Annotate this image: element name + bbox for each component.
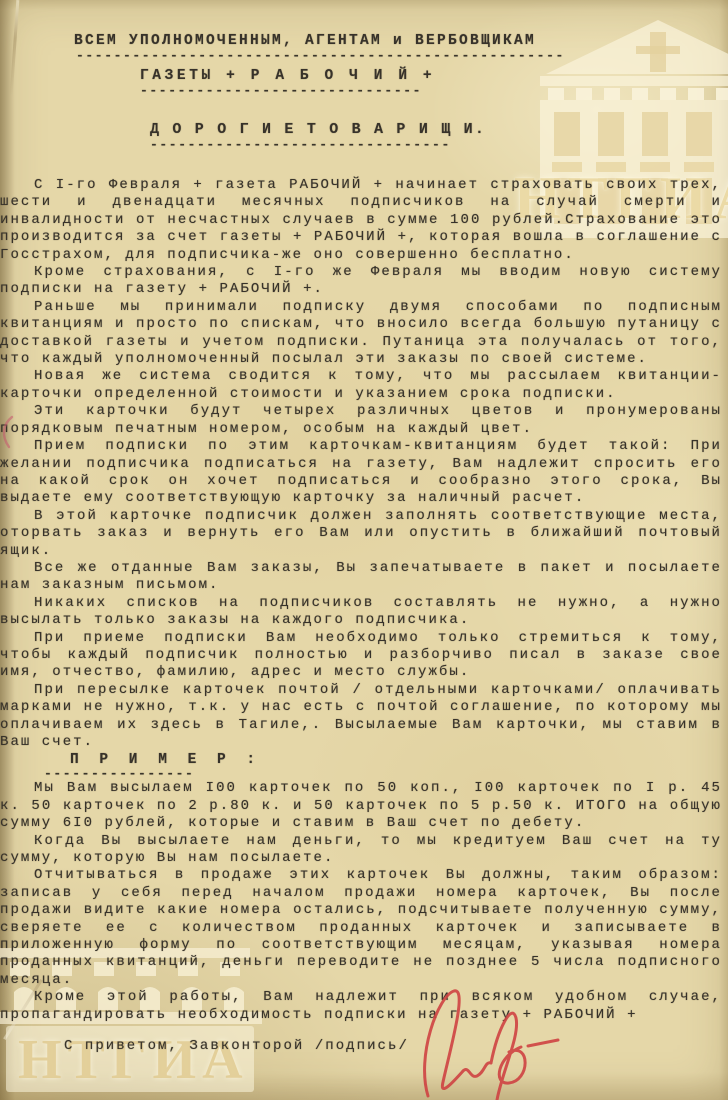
signature-red-ink [388,984,568,1100]
dashed-rule: ------------------------------ [140,85,728,96]
paragraph: В этой карточке подписчик должен заполня… [0,508,722,560]
paragraph: Кроме страхования, с I-го же Февраля мы … [0,264,722,299]
paragraph: Раньше мы принимали подписку двумя спосо… [0,299,722,369]
newspaper-title-line: ГАЗЕТЫ + Р А Б О Ч И Й + [140,68,728,84]
scanned-document-page: НТГИА НТГИА [0,0,728,1100]
paragraph: Мы Вам высылаем I00 карточек по 50 коп.,… [0,780,722,832]
paragraph: Прием подписки по этим карточкам-квитанц… [0,438,722,508]
paragraph: Кроме этой работы, Вам надлежит при всяк… [0,989,722,1024]
paragraph: Эти карточки будут четырех различных цве… [0,403,722,438]
paragraph: Новая же система сводится к тому, что мы… [0,368,722,403]
document-addressee-line: ВСЕМ УПОЛНОМОЧЕННЫМ, АГЕНТАМ и ВЕРБОВЩИК… [74,33,728,49]
paragraph: Все же отданные Вам заказы, Вы запечатыв… [0,560,722,595]
dashed-rule: ---------------- [44,768,722,780]
paragraph: Отчитываться в продаже этих карточек Вы … [0,867,722,989]
paragraph: При приеме подписки Вам необходимо тольк… [0,630,722,682]
dashed-rule: -------------------------------- [150,139,728,150]
salutation: Д О Р О Г И Е Т О В А Р И Щ И. [150,121,728,138]
dashed-rule: ----------------------------------------… [76,50,728,61]
typewritten-text: ВСЕМ УПОЛНОМОЧЕННЫМ, АГЕНТАМ и ВЕРБОВЩИК… [0,0,728,1054]
paragraph: Когда Вы высылаете нам деньги, то мы кре… [0,833,722,868]
paragraph: С I-го Февраля + газета РАБОЧИЙ + начина… [0,177,722,264]
red-pencil-mark [0,414,18,450]
paragraph: Никаких списков на подписчиков составлят… [0,595,722,630]
body-text: С I-го Февраля + газета РАБОЧИЙ + начина… [0,177,728,1024]
paragraph: При пересылке карточек почтой / отдельны… [0,682,722,752]
